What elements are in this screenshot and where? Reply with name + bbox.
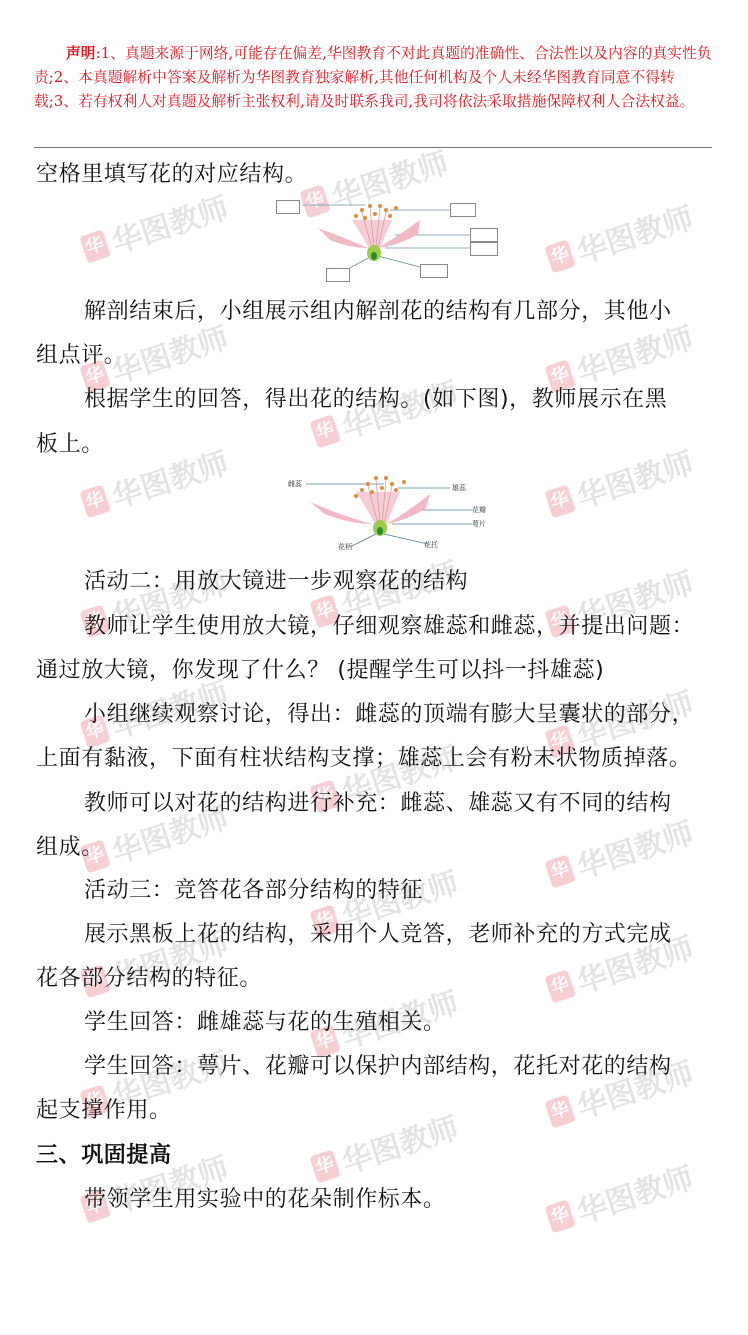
watermark: 华华图教师: [77, 183, 233, 271]
paragraph-line: 学生回答：雌雄蕊与花的生殖相关。: [84, 1008, 446, 1038]
answer-box[interactable]: [276, 200, 300, 214]
label-sepal: 萼片: [472, 519, 486, 529]
divider: [34, 147, 712, 148]
watermark: 华华图教师: [542, 193, 698, 281]
section-heading: 三、巩固提高: [36, 1141, 172, 1171]
flower-diagram-labeled: 雌蕊 雄蕊 花瓣 萼片 花柄 花托: [280, 462, 490, 554]
paragraph-line: 展示黑板上花的结构，采用个人竞答，老师补充的方式完成: [84, 920, 672, 950]
paragraph-line: 带领学生用实验中的花朵制作标本。: [84, 1185, 446, 1215]
section-heading: 活动三：竞答花各部分结构的特征: [84, 876, 423, 906]
label-pedicel: 花柄: [338, 542, 352, 552]
disclaimer-label: 声明: [66, 45, 96, 62]
paragraph-line: 教师让学生使用放大镜，仔细观察雄蕊和雌蕊，并提出问题：: [84, 612, 694, 642]
paragraph-line: 学生回答：萼片、花瓣可以保护内部结构，花托对花的结构: [84, 1052, 672, 1082]
label-pistil: 雌蕊: [288, 479, 302, 489]
disclaimer-text: :1、真题来源于网络,可能存在偏差,华图教育不对此真题的准确性、合法性以及内容的…: [34, 45, 712, 110]
label-petal: 花瓣: [472, 505, 486, 515]
flower-diagram-blank: [270, 190, 510, 285]
paragraph-line: 教师可以对花的结构进行补充：雌蕊、雄蕊又有不同的结构: [84, 789, 672, 819]
flower-illustration: [280, 462, 490, 554]
paragraph-line: 组成。: [36, 833, 104, 863]
answer-box[interactable]: [470, 228, 498, 242]
answer-box[interactable]: [470, 242, 498, 256]
paragraph-line: 解剖结束后，小组展示组内解剖花的结构有几部分，其他小: [84, 297, 672, 327]
answer-box[interactable]: [420, 264, 448, 278]
paragraph-line: 小组继续观察讨论，得出：雌蕊的顶端有膨大呈囊状的部分，: [84, 700, 694, 730]
paragraph-line: 空格里填写花的对应结构。: [36, 160, 307, 190]
paragraph-line: 通过放大镜，你发现了什么？ (提醒学生可以抖一抖雄蕊): [36, 656, 604, 686]
watermark: 华华图教师: [542, 808, 698, 896]
paragraph-line: 上面有黏液，下面有柱状结构支撑；雄蕊上会有粉末状物质掉落。: [36, 744, 691, 774]
paragraph-line: 起支撑作用。: [36, 1096, 172, 1126]
paragraph-line: 根据学生的回答，得出花的结构。(如下图)，教师展示在黑: [84, 385, 667, 415]
paragraph-line: 花各部分结构的特征。: [36, 964, 262, 994]
section-heading: 活动二：用放大镜进一步观察花的结构: [84, 567, 468, 597]
label-receptacle: 花托: [424, 540, 438, 550]
label-stamen: 雄蕊: [452, 483, 466, 493]
disclaimer: 声明:1、真题来源于网络,可能存在偏差,华图教育不对此真题的准确性、合法性以及内…: [34, 42, 712, 114]
answer-box[interactable]: [450, 203, 476, 217]
paragraph-line: 板上。: [36, 430, 104, 460]
watermark: 华华图教师: [307, 1103, 463, 1191]
answer-box[interactable]: [326, 268, 350, 282]
paragraph-line: 组点评。: [36, 341, 126, 371]
watermark: 华华图教师: [542, 438, 698, 526]
watermark: 华华图教师: [542, 1153, 698, 1241]
